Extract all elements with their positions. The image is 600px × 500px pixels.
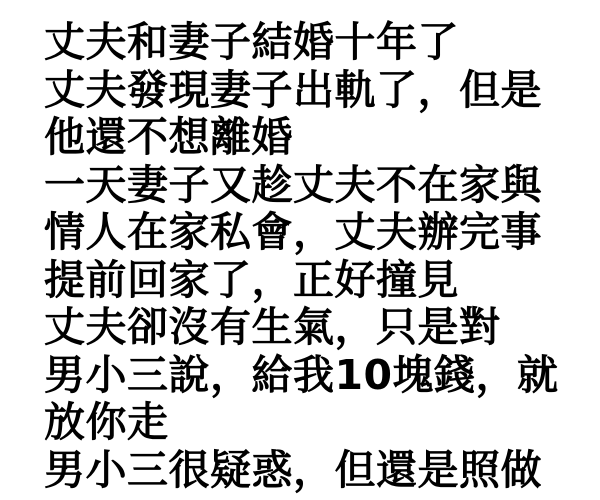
story-line: 丈夫和妻子結婚十年了	[44, 19, 559, 67]
story-line: 他還不想離婚	[44, 114, 559, 162]
story-line: 男小三說，給我10塊錢，就	[44, 352, 559, 400]
story-line-cropped: 男小三很疑惑，但還是照做	[44, 447, 559, 495]
story-line: 一天妻子又趁丈夫不在家與	[44, 162, 559, 210]
story-line: 丈夫發現妻子出軌了，但是	[44, 67, 559, 115]
story-line: 提前回家了，正好撞見	[44, 257, 559, 305]
story-line: 丈夫卻沒有生氣，只是對	[44, 304, 559, 352]
story-text-block: 丈夫和妻子結婚十年了 丈夫發現妻子出軌了，但是 他還不想離婚 一天妻子又趁丈夫不…	[44, 19, 559, 494]
story-line: 放你走	[44, 399, 559, 447]
story-line: 情人在家私會，丈夫辦完事	[44, 209, 559, 257]
